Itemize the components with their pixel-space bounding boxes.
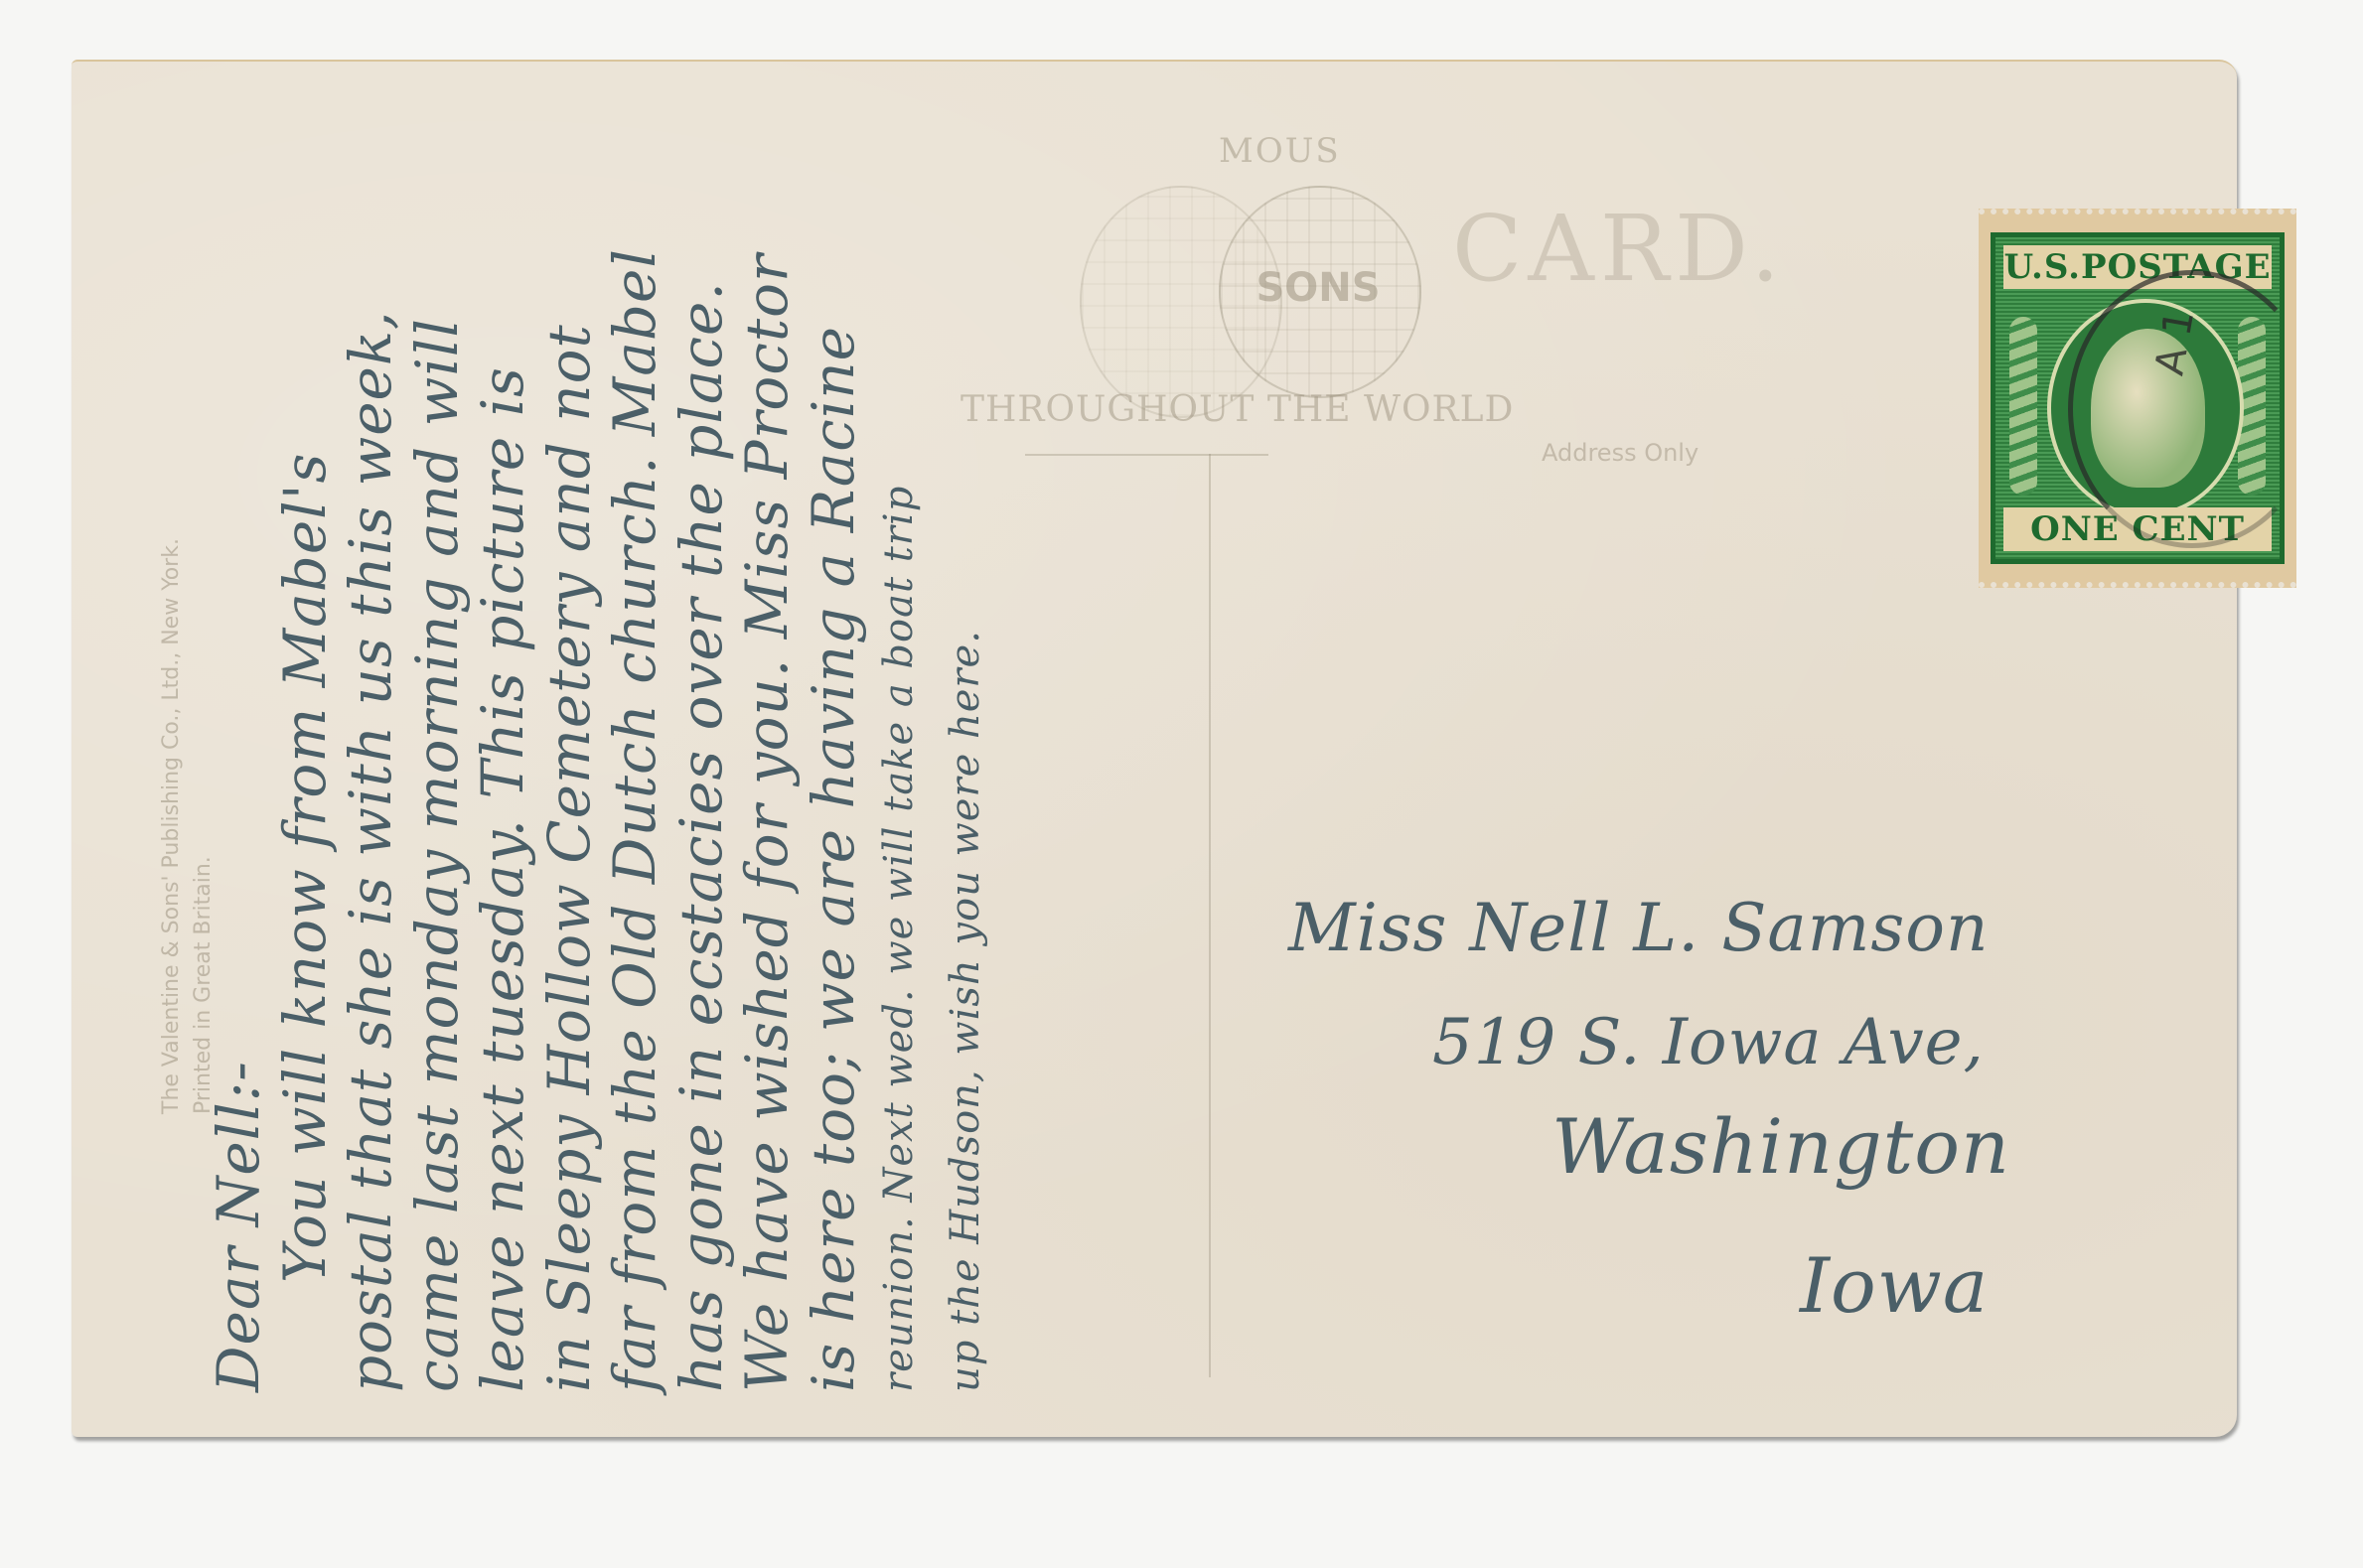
laurel-icon bbox=[2009, 317, 2037, 496]
recipient-name: Miss Nell L. Samson bbox=[1288, 896, 1989, 962]
message-line: reunion. Next wed. we will take a boat t… bbox=[866, 131, 933, 1392]
address-only-label: Address Only bbox=[1542, 439, 1698, 467]
message-line: We have wished for you. Miss Proctor bbox=[734, 131, 801, 1392]
message-line: in Sleepy Hollow Cemetery and not bbox=[536, 131, 603, 1392]
recipient-state: Iowa bbox=[1800, 1253, 1989, 1320]
publisher-line: The Valentine & Sons' Publishing Co., Lt… bbox=[156, 538, 188, 1114]
recipient-city: Washington bbox=[1551, 1114, 2010, 1181]
message-line: far from the Old Dutch church. Mabel bbox=[602, 131, 668, 1392]
message-line: leave next tuesday. This picture is bbox=[470, 131, 536, 1392]
postcard-back: MOUS SONS CARD. THROUGHOUT THE WORLD Add… bbox=[72, 60, 2237, 1437]
message-line: postal that she is with us this week, bbox=[338, 131, 404, 1392]
message-line: You will know from Mabel's bbox=[272, 131, 339, 1392]
message-line: came last monday morning and will bbox=[404, 131, 471, 1392]
message-line: has gone in ecstacies over the place. bbox=[668, 131, 735, 1392]
handwritten-message: Dear Nell:-You will know from Mabel'spos… bbox=[206, 131, 1199, 1392]
post-card-label: CARD. bbox=[1452, 196, 1786, 302]
publisher-globe-mark: SONS bbox=[1239, 265, 1398, 311]
message-line: Dear Nell:- bbox=[206, 131, 272, 1392]
printed-header-fragment: MOUS bbox=[1219, 131, 1341, 171]
message-line: is here too; we are having a Racine bbox=[801, 131, 867, 1392]
divider-line bbox=[1209, 454, 1211, 1377]
recipient-street: 519 S. Iowa Ave, bbox=[1432, 1010, 1985, 1076]
message-line: up the Hudson, wish you were here. bbox=[933, 131, 999, 1392]
